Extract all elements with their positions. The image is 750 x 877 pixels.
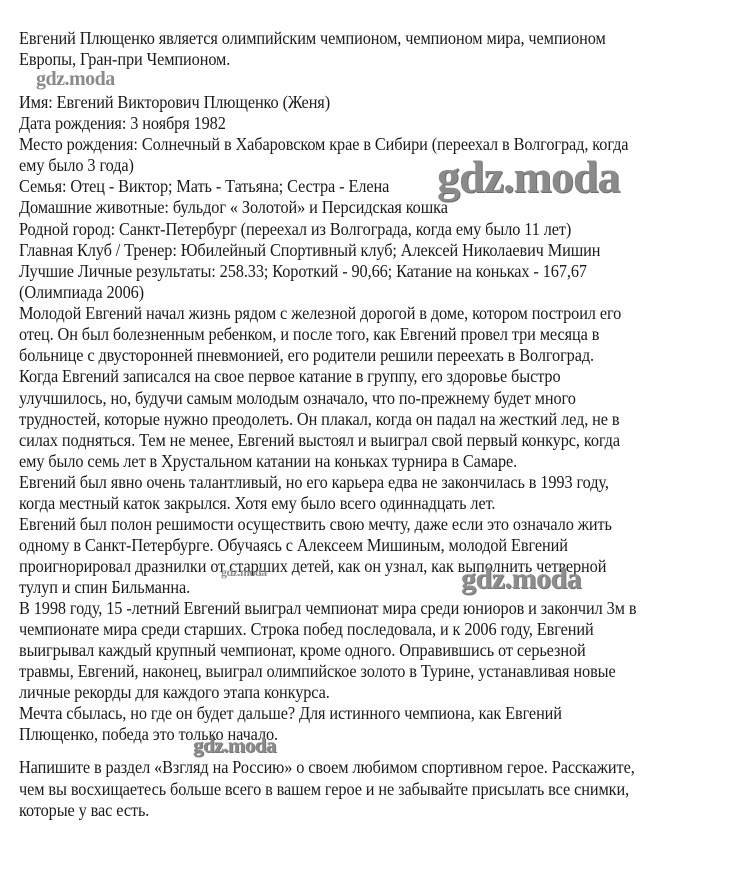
profile-best-results-cont: (Олимпиада 2006) — [19, 282, 144, 303]
watermark: gdz.moda — [221, 565, 267, 580]
watermark: gdz.moda — [36, 68, 115, 91]
story-line: Мечта сбылась, но где он будет дальше? Д… — [19, 703, 562, 724]
task-line: которые у вас есть. — [19, 800, 149, 821]
story-line: трудностей, которые нужно преодолеть. Он… — [19, 409, 619, 430]
story-line: чемпионате мира среди старших. Строка по… — [19, 619, 594, 640]
story-line: Евгений был полон решимости осуществить … — [19, 514, 612, 535]
profile-best-results: Лучшие Личные результаты: 258.33; Коротк… — [19, 261, 587, 282]
story-line: Евгений был явно очень талантливый, но е… — [19, 472, 609, 493]
story-line: отец. Он был болезненным ребенком, и пос… — [19, 324, 599, 345]
story-line: когда местный каток закрылся. Хотя ему б… — [19, 493, 495, 514]
watermark: gdz.moda — [461, 562, 581, 596]
profile-birthdate: Дата рождения: 3 ноября 1982 — [19, 113, 226, 134]
profile-family: Семья: Отец - Виктор; Мать - Татьяна; Се… — [19, 176, 389, 197]
task-line: чем вы восхищаетесь больше всего в вашем… — [19, 779, 629, 800]
story-line: В 1998 году, 15 -летний Евгений выиграл … — [19, 598, 636, 619]
story-line: травмы, Евгений, наконец, выиграл олимпи… — [19, 661, 616, 682]
watermark: gdz.moda — [193, 733, 276, 758]
profile-hometown: Родной город: Санкт-Петербург (переехал … — [19, 219, 571, 240]
profile-name: Имя: Евгений Викторович Плющенко (Женя) — [19, 92, 330, 113]
story-line: больнице с двусторонней пневмонией, его … — [19, 345, 594, 366]
story-line: выигрывал каждый крупный чемпионат, кром… — [19, 640, 586, 661]
story-line: Молодой Евгений начал жизнь рядом с желе… — [19, 303, 621, 324]
intro-line: Евгений Плющенко является олимпийским че… — [19, 28, 606, 49]
story-line: улучшилось, но, будучи самым молодым озн… — [19, 388, 576, 409]
watermark: gdz.moda — [437, 150, 619, 203]
story-line: одному в Санкт-Петербурге. Обучаясь с Ал… — [19, 535, 568, 556]
document-page: Евгений Плющенко является олимпийским че… — [0, 0, 750, 877]
story-line: личные рекорды для каждого этапа конкурс… — [19, 682, 330, 703]
story-line: ему было семь лет в Хрустальном катании … — [19, 451, 517, 472]
intro-line: Европы, Гран-при Чемпионом. — [19, 49, 230, 70]
story-line: силах подняться. Тем не менее, Евгений в… — [19, 430, 620, 451]
profile-pets: Домашние животные: бульдог « Золотой» и … — [19, 197, 448, 218]
story-line: Когда Евгений записался на свое первое к… — [19, 366, 561, 387]
profile-birthplace-cont: ему было 3 года) — [19, 155, 134, 176]
profile-club-coach: Главная Клуб / Тренер: Юбилейный Спортив… — [19, 240, 600, 261]
task-line: Напишите в раздел «Взгляд на Россию» о с… — [19, 757, 635, 778]
story-line: тулуп и спин Бильманна. — [19, 577, 190, 598]
